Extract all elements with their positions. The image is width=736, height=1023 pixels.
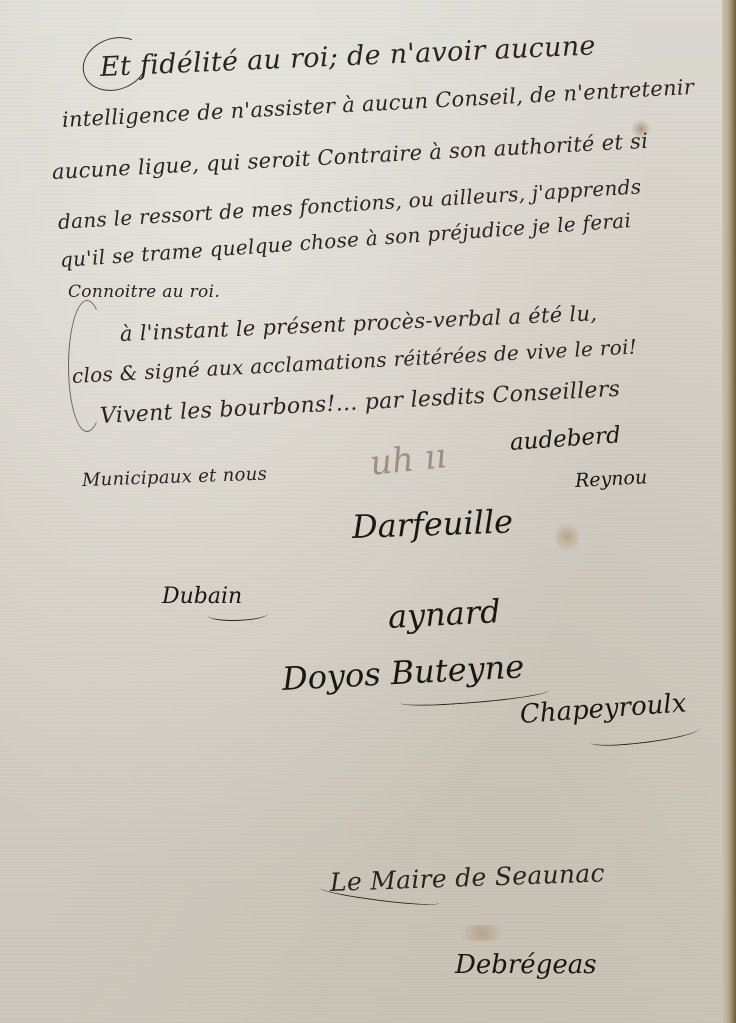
manuscript-page: uh ıı Et fidélité au roi; de n'avoir auc… [0, 0, 736, 1023]
body-line-6: Connoitre au roi. [68, 282, 220, 302]
signature-reynou: Reynou [574, 466, 647, 492]
body-line-3: aucune ligue, qui seroit Contraire à son… [51, 129, 648, 184]
signature-darfeuille: Darfeuille [351, 502, 513, 546]
body-line-2: intelligence de n'assister à aucun Conse… [61, 75, 694, 132]
signature-underline [590, 722, 701, 748]
mayor-signature: Debrégeas [455, 950, 597, 980]
signature-dubain: Dubain [162, 584, 242, 609]
closing-line-3: Vivent les bourbons!... par lesdits Cons… [99, 377, 620, 429]
signature-underline [208, 608, 268, 621]
body-line-1: Et fidélité au roi; de n'avoir aucune [99, 30, 596, 83]
bleed-through-text: uh ıı [368, 436, 448, 484]
signature-aynard: aynard [387, 592, 501, 636]
ink-smudge [555, 520, 579, 554]
signature-audeberd: audeberd [509, 422, 621, 456]
page-edge [722, 0, 736, 1023]
ink-smudge [452, 925, 512, 941]
signature-chapeyroulx: Chapeyroulx [519, 688, 687, 730]
closing-line-4: Municipaux et nous [82, 464, 268, 491]
